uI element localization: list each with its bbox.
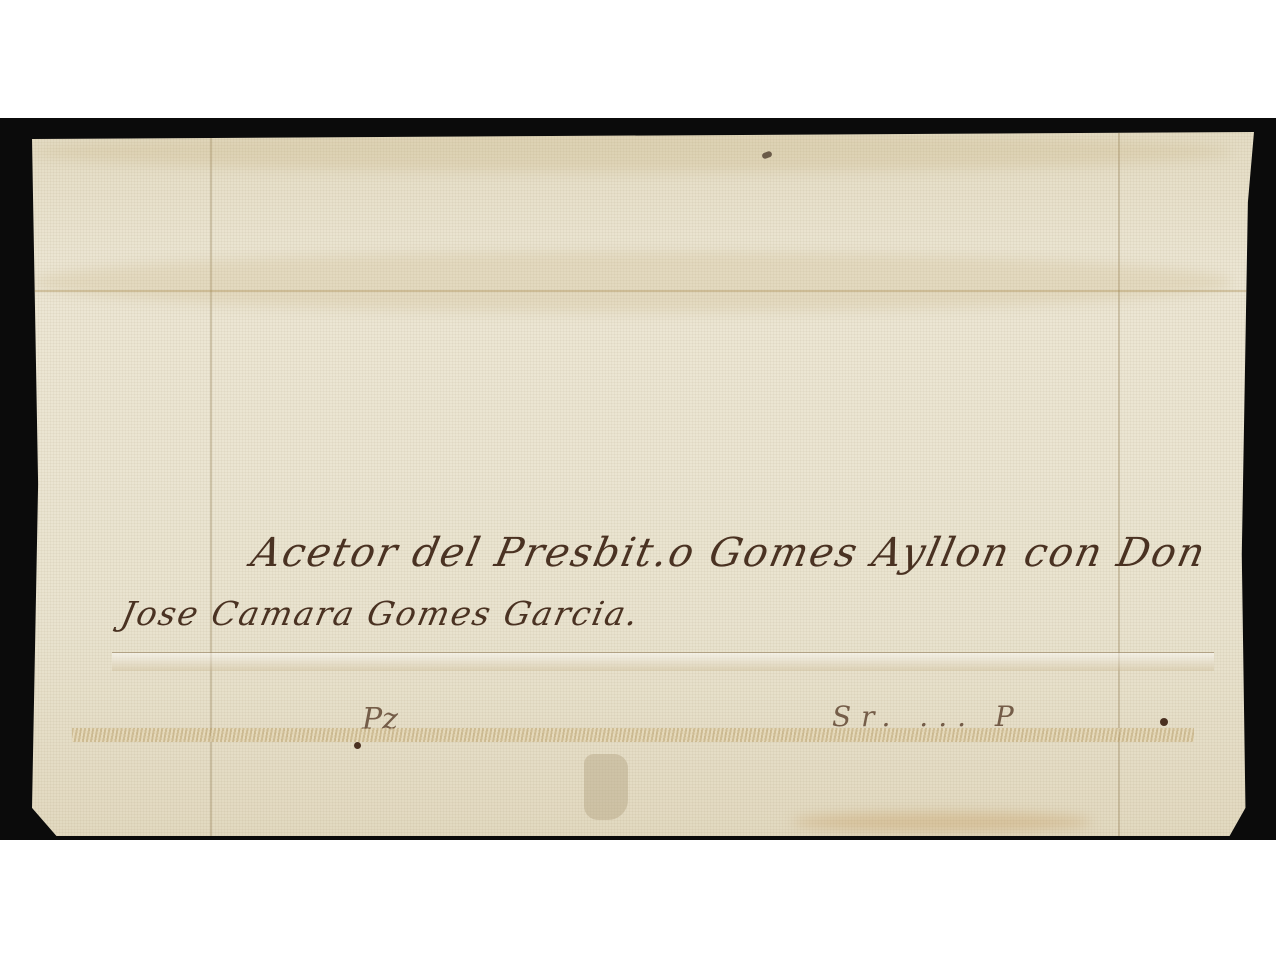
stain-band	[32, 252, 1232, 312]
address-line-2: Jose Camara Gomes Garcia.	[118, 594, 644, 633]
stain-top	[32, 132, 1232, 172]
ink-dot	[354, 742, 361, 749]
frayed-seam	[72, 728, 1194, 742]
black-backdrop: Acetor del Presbit.o Gomes Ayllon con Do…	[0, 118, 1276, 840]
patch-stain	[584, 754, 628, 820]
letter-cloth: Acetor del Presbit.o Gomes Ayllon con Do…	[32, 132, 1254, 836]
ink-dot	[1160, 718, 1168, 726]
stain-bottom	[792, 812, 1092, 832]
address-line-1: Acetor del Presbit.o Gomes Ayllon con Do…	[247, 530, 1210, 576]
torn-edge	[112, 652, 1214, 671]
